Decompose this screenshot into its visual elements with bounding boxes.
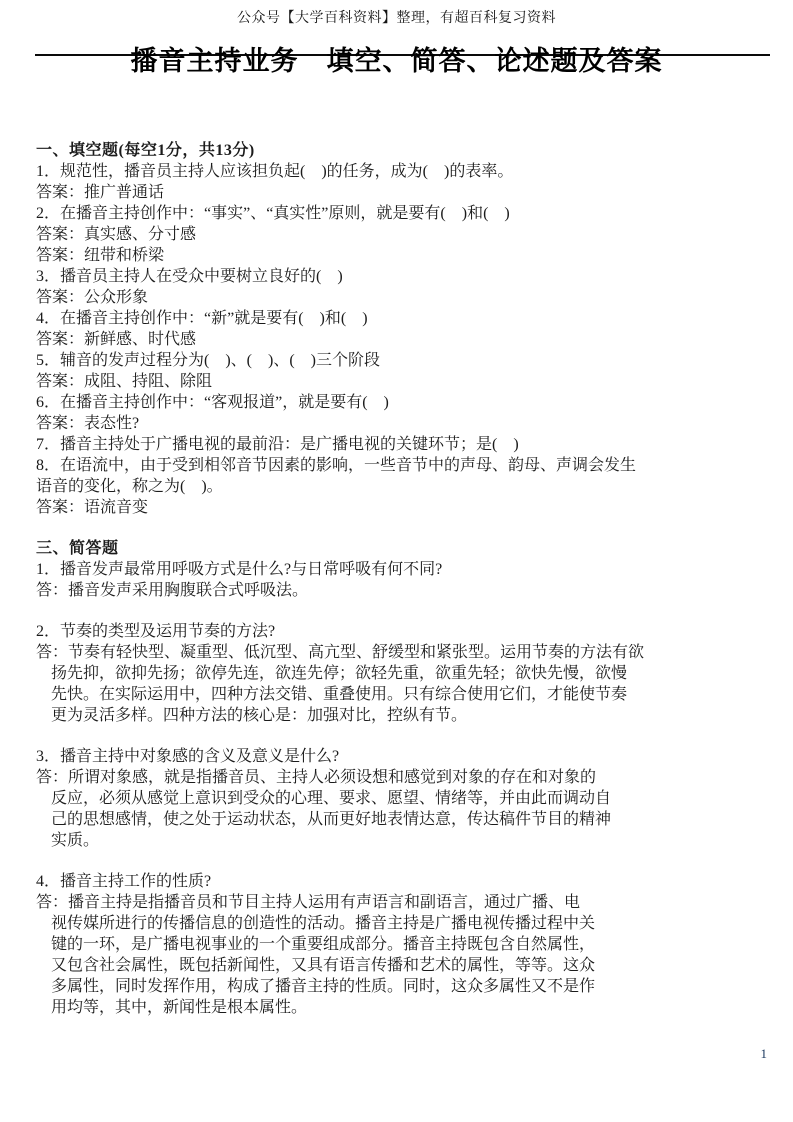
qa-question: 1．播音发声最常用呼吸方式是什么?与日常呼吸有何不同? <box>36 559 769 580</box>
fill-line: 6．在播音主持创作中：“客观报道”，就是要有( ) <box>36 392 769 413</box>
qa-answer-line: 扬先抑，欲抑先扬；欲停先连，欲连先停；欲轻先重，欲重先轻；欲快先慢，欲慢 <box>36 663 769 684</box>
qa-answer-line: 答：节奏有轻快型、凝重型、低沉型、高亢型、舒缓型和紧张型。运用节奏的方法有欲 <box>36 642 769 663</box>
qa-answer-line: 答：播音主持是指播音员和节目主持人运用有声语言和副语言，通过广播、电 <box>36 892 769 913</box>
qa-answer-line: 视传媒所进行的传播信息的创造性的活动。播音主持是广播电视传播过程中关 <box>36 913 769 934</box>
fill-line: 4．在播音主持创作中：“新”就是要有( )和( ) <box>36 308 769 329</box>
page-number: 1 <box>761 1046 768 1062</box>
fill-answer-line: 答案：表态性? <box>36 413 769 434</box>
section-gap <box>36 518 769 538</box>
paragraph-gap <box>36 851 769 871</box>
fill-line: 8．在语流中，由于受到相邻音节因素的影响，一些音节中的声母、韵母、声调会发生 <box>36 455 769 476</box>
section-heading-fill-blank: 一、填空题(每空1分，共13分) <box>36 140 769 161</box>
fill-line: 7．播音主持处于广播电视的最前沿：是广播电视的关键环节；是( ) <box>36 434 769 455</box>
fill-line-continuation: 语音的变化，称之为( )。 <box>36 476 769 497</box>
qa-answer-line: 先快。在实际运用中，四种方法交错、重叠使用。只有综合使用它们，才能使节奏 <box>36 684 769 705</box>
qa-question: 4．播音主持工作的性质? <box>36 871 769 892</box>
fill-line: 2．在播音主持创作中：“事实”、“真实性”原则，就是要有( )和( ) <box>36 203 769 224</box>
qa-question: 3．播音主持中对象感的含义及意义是什么? <box>36 746 769 767</box>
fill-answer-line: 答案：成阻、持阻、除阻 <box>36 371 769 392</box>
section-heading-short-answer: 三、简答题 <box>36 538 769 559</box>
qa-answer-line: 反应，必须从感觉上意识到受众的心理、要求、愿望、情绪等，并由此而调动自 <box>36 788 769 809</box>
paragraph-gap <box>36 601 769 621</box>
page-title: 播音主持业务 填空、简答、论述题及答案 <box>0 44 793 78</box>
fill-answer-line: 答案：新鲜感、时代感 <box>36 329 769 350</box>
document-body: 一、填空题(每空1分，共13分) 1．规范性，播音员主持人应该担负起( )的任务… <box>36 140 769 1018</box>
qa-answer-line: 己的思想感情，使之处于运动状态，从而更好地表情达意，传达稿件节目的精神 <box>36 809 769 830</box>
fill-answer-line: 答案：语流音变 <box>36 497 769 518</box>
qa-answer-line: 答：所谓对象感，就是指播音员、主持人必须设想和感觉到对象的存在和对象的 <box>36 767 769 788</box>
paragraph-gap <box>36 726 769 746</box>
fill-answer-line: 答案：纽带和桥梁 <box>36 245 769 266</box>
fill-line: 3．播音员主持人在受众中要树立良好的( ) <box>36 266 769 287</box>
qa-question: 2．节奏的类型及运用节奏的方法? <box>36 621 769 642</box>
fill-line: 5．辅音的发声过程分为( )、( )、( )三个阶段 <box>36 350 769 371</box>
qa-answer-line: 多属性，同时发挥作用，构成了播音主持的性质。同时，这众多属性又不是作 <box>36 976 769 997</box>
fill-answer-line: 答案：公众形象 <box>36 287 769 308</box>
qa-answer-line: 实质。 <box>36 830 769 851</box>
qa-answer-line: 又包含社会属性，既包括新闻性，又具有语言传播和艺术的属性，等等。这众 <box>36 955 769 976</box>
fill-answer-line: 答案：真实感、分寸感 <box>36 224 769 245</box>
qa-answer-line: 更为灵活多样。四种方法的核心是：加强对比，控纵有节。 <box>36 705 769 726</box>
qa-answer-line: 答：播音发声采用胸腹联合式呼吸法。 <box>36 580 769 601</box>
fill-line: 1．规范性，播音员主持人应该担负起( )的任务，成为( )的表率。 <box>36 161 769 182</box>
fill-answer-line: 答案：推广普通话 <box>36 182 769 203</box>
document-page: 公众号【大学百科资料】整理，有超百科复习资料 播音主持业务 填空、简答、论述题及… <box>0 0 793 1122</box>
header-note: 公众号【大学百科资料】整理，有超百科复习资料 <box>0 7 793 27</box>
qa-answer-line: 键的一环，是广播电视事业的一个重要组成部分。播音主持既包含自然属性， <box>36 934 769 955</box>
qa-answer-line: 用均等，其中，新闻性是根本属性。 <box>36 997 769 1018</box>
